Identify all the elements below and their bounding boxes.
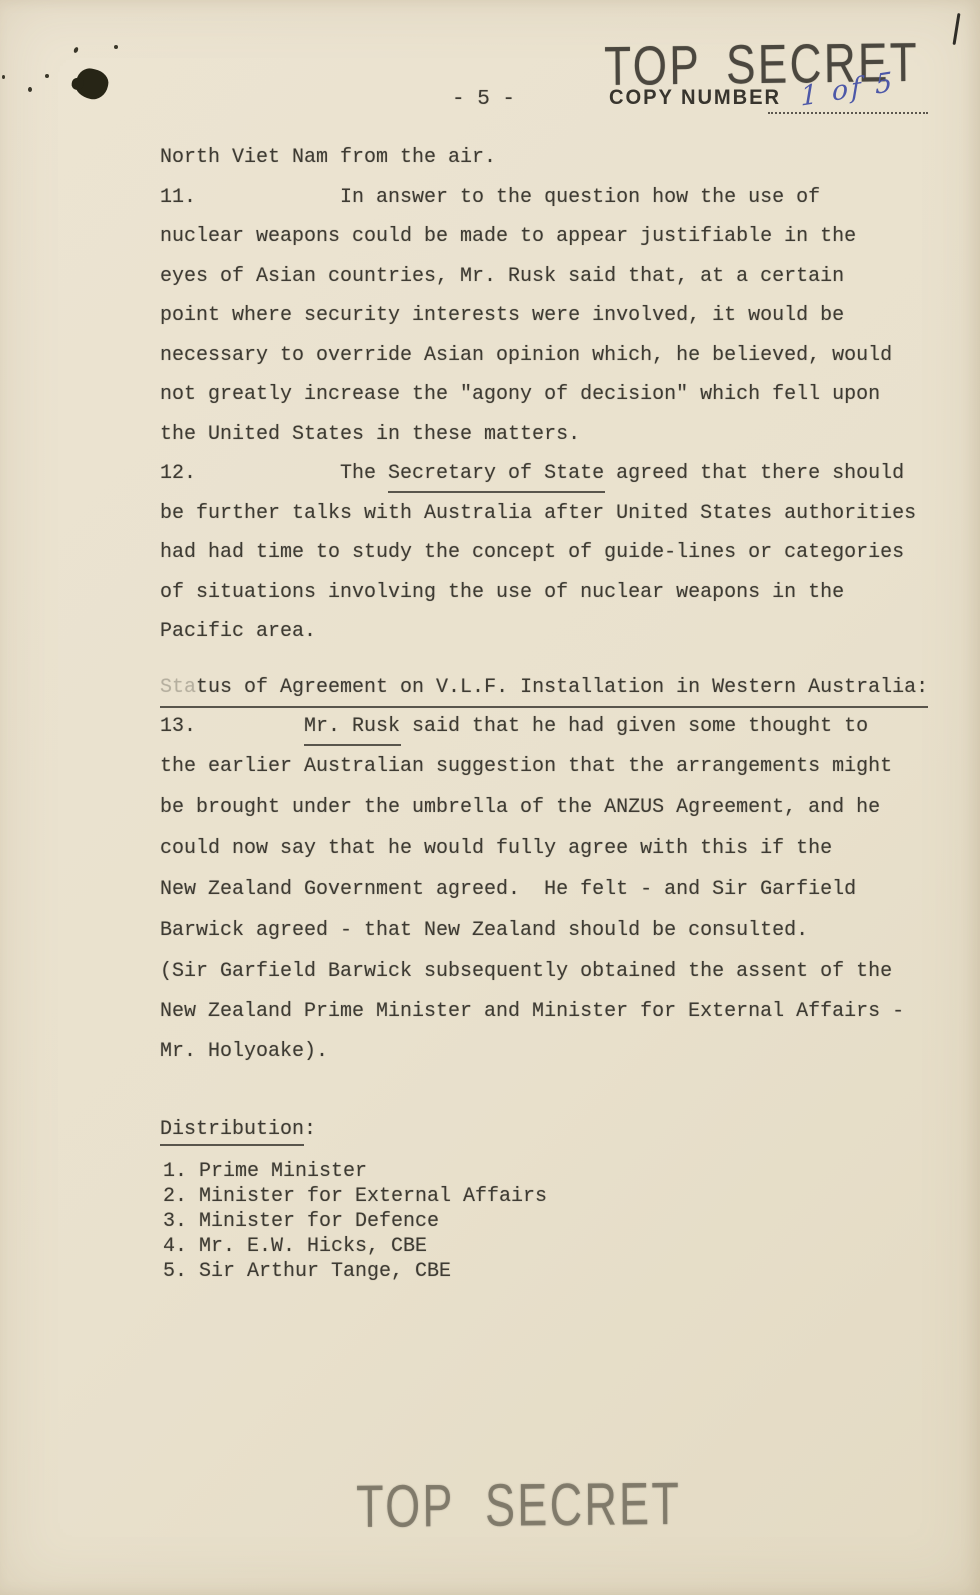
distribution-title-colon: : xyxy=(304,1118,316,1141)
body-line: be further talks with Australia after Un… xyxy=(160,503,916,525)
ink-speck xyxy=(114,45,118,49)
copy-number-label: COPY NUMBER xyxy=(609,86,781,110)
body-line: could now say that he would fully agree … xyxy=(160,838,832,860)
body-line: New Zealand Prime Minister and Minister … xyxy=(160,1001,904,1023)
section-heading: Status of Agreement on V.L.F. Installati… xyxy=(160,676,928,708)
body-line: New Zealand Government agreed. He felt -… xyxy=(160,879,856,901)
underline-rule xyxy=(388,491,605,493)
ink-speck xyxy=(28,87,32,92)
body-line: necessary to override Asian opinion whic… xyxy=(160,345,892,367)
body-line: Barwick agreed - that New Zealand should… xyxy=(160,920,808,942)
body-line: 12. The Secretary of State agreed that t… xyxy=(160,463,904,485)
underline-rule xyxy=(304,744,401,746)
page-number: - 5 - xyxy=(452,88,515,111)
body-line: point where security interests were invo… xyxy=(160,305,844,327)
body-line: 13. Mr. Rusk said that he had given some… xyxy=(160,716,868,738)
document-page-scan: TOP SECRET COPY NUMBER 1 of 5 - 5 - Nort… xyxy=(0,0,980,1595)
ink-speck xyxy=(2,75,5,79)
body-line: the United States in these matters. xyxy=(160,424,580,446)
distribution-item: 5. Sir Arthur Tange, CBE xyxy=(163,1261,451,1283)
pen-mark xyxy=(953,13,961,45)
ink-blot xyxy=(73,66,111,102)
body-line: not greatly increase the "agony of decis… xyxy=(160,384,880,406)
body-line: Mr. Holyoake). xyxy=(160,1041,328,1063)
distribution-item: 2. Minister for External Affairs xyxy=(163,1186,547,1208)
body-line: had had time to study the concept of gui… xyxy=(160,542,904,564)
body-line: be brought under the umbrella of the ANZ… xyxy=(160,797,880,819)
distribution-item: 4. Mr. E.W. Hicks, CBE xyxy=(163,1236,427,1258)
distribution-title-text: Distribution xyxy=(160,1118,304,1146)
body-line: 11. In answer to the question how the us… xyxy=(160,187,820,209)
body-line: eyes of Asian countries, Mr. Rusk said t… xyxy=(160,266,844,288)
ink-speck xyxy=(45,74,49,78)
body-line: nuclear weapons could be made to appear … xyxy=(160,226,856,248)
ink-speck xyxy=(73,46,79,53)
body-line: of situations involving the use of nucle… xyxy=(160,582,844,604)
distribution-item: 1. Prime Minister xyxy=(163,1161,367,1183)
body-line: (Sir Garfield Barwick subsequently obtai… xyxy=(160,961,892,983)
body-line: Pacific area. xyxy=(160,621,316,643)
heading-faded-text: Sta xyxy=(160,676,196,699)
distribution-title: Distribution: xyxy=(160,1118,316,1141)
body-line: North Viet Nam from the air. xyxy=(160,147,496,169)
heading-text: tus of Agreement on V.L.F. Installation … xyxy=(196,676,928,699)
distribution-item: 3. Minister for Defence xyxy=(163,1211,439,1233)
body-line: the earlier Australian suggestion that t… xyxy=(160,756,892,778)
top-secret-stamp-bottom: TOP SECRET xyxy=(356,1469,681,1541)
